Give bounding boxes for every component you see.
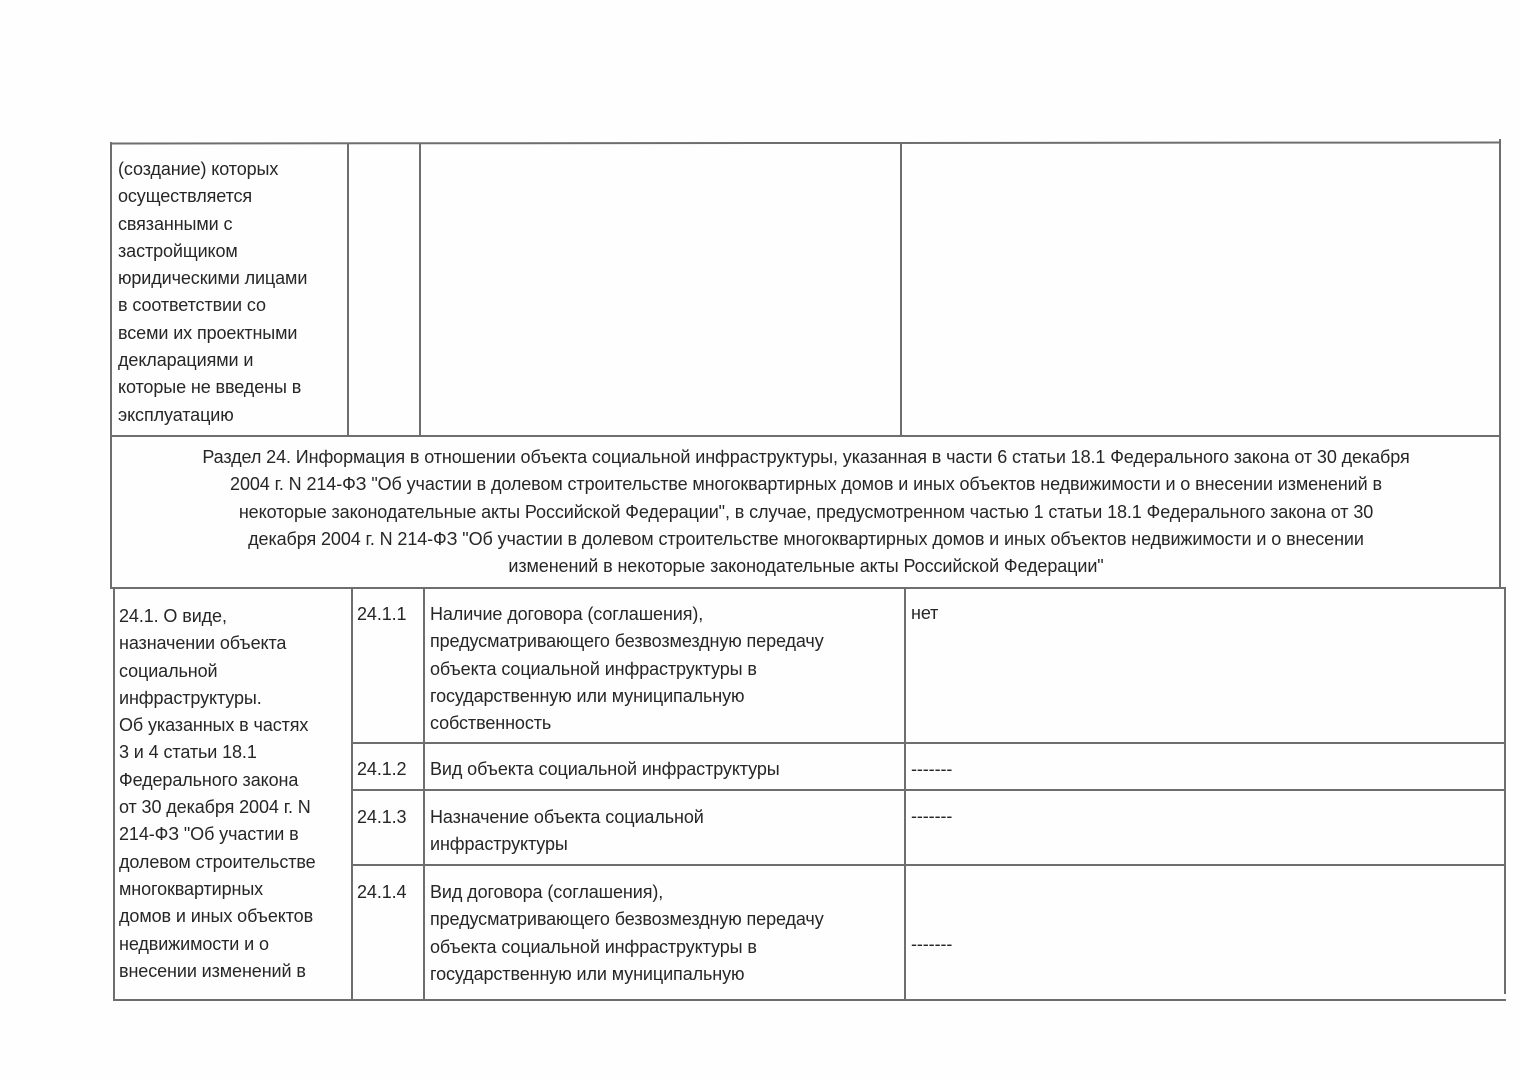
label-line: 214-ФЗ "Об участии в xyxy=(119,821,346,848)
row-divider-24-1-3 xyxy=(352,789,1505,791)
label-line: назначении объекта xyxy=(119,630,346,657)
description-line: в соответствии со xyxy=(118,292,342,319)
group-24-1-label: 24.1. О виде, назначении объекта социаль… xyxy=(114,603,352,985)
heading-line: 2004 г. N 214-ФЗ "Об участии в долевом с… xyxy=(120,471,1492,498)
description-line: эксплуатацию xyxy=(118,402,342,429)
name-line: Наличие договора (соглашения), xyxy=(430,601,899,628)
heading-line: некоторые законодательные акты Российско… xyxy=(120,499,1492,526)
label-line: недвижимости и о xyxy=(119,931,346,958)
row-24-1-3-name: Назначение объекта социальной инфраструк… xyxy=(424,804,905,859)
table-bottom-border xyxy=(113,999,1506,1001)
name-line: инфраструктуры xyxy=(430,831,899,858)
heading-line: декабря 2004 г. N 214-ФЗ "Об участии в д… xyxy=(120,526,1492,553)
name-line: предусматривающего безвозмездную передач… xyxy=(430,906,899,933)
row-divider-24-1-2 xyxy=(352,742,1505,744)
col-divider-3 xyxy=(900,143,902,436)
row-24-1-4-value: ------- xyxy=(905,931,1505,958)
name-line: предусматривающего безвозмездную передач… xyxy=(430,628,899,655)
row-24-1-4-name: Вид договора (соглашения), предусматрива… xyxy=(424,879,905,988)
row-24-1-2-number: 24.1.2 xyxy=(352,756,424,783)
description-line: декларациями и xyxy=(118,347,342,374)
label-line: долевом строительстве xyxy=(119,849,346,876)
description-line: всеми их проектными xyxy=(118,320,342,347)
name-line: объекта социальной инфраструктуры в xyxy=(430,656,899,683)
label-line: социальной xyxy=(119,658,346,685)
description-line: которые не введены в xyxy=(118,374,342,401)
row-divider-24-1-4 xyxy=(352,864,1505,866)
scanned-page: (создание) которых осуществляется связан… xyxy=(0,0,1521,1080)
row-24-1-2-name: Вид объекта социальной инфраструктуры xyxy=(424,756,905,783)
row-24-1-2-value: ------- xyxy=(905,756,1505,783)
label-line: инфраструктуры. xyxy=(119,685,346,712)
row-24-1-1-number: 24.1.1 xyxy=(352,601,424,628)
name-line: объекта социальной инфраструктуры в xyxy=(430,934,899,961)
name-line: Вид договора (соглашения), xyxy=(430,879,899,906)
continuation-description-cell: (создание) которых осуществляется связан… xyxy=(112,156,348,429)
col-divider-2 xyxy=(419,143,421,436)
section-24-heading: Раздел 24. Информация в отношении объект… xyxy=(112,444,1500,580)
description-line: связанными с xyxy=(118,211,342,238)
row-24-1-3-value: ------- xyxy=(905,803,1505,830)
heading-line: Раздел 24. Информация в отношении объект… xyxy=(120,444,1492,471)
name-line: государственную или муниципальную xyxy=(430,961,899,988)
row-divider-section-top xyxy=(110,435,1501,437)
description-line: юридическими лицами xyxy=(118,265,342,292)
label-line: Федерального закона xyxy=(119,767,346,794)
name-line: Назначение объекта социальной xyxy=(430,804,899,831)
description-line: застройщиком xyxy=(118,238,342,265)
label-line: Об указанных в частях xyxy=(119,712,346,739)
name-line: собственность xyxy=(430,710,899,737)
row-24-1-4-number: 24.1.4 xyxy=(352,879,424,906)
heading-line: изменений в некоторые законодательные ак… xyxy=(120,553,1492,580)
description-line: (создание) которых xyxy=(118,156,342,183)
label-line: 3 и 4 статьи 18.1 xyxy=(119,739,346,766)
label-line: домов и иных объектов xyxy=(119,903,346,930)
row-24-1-1-name: Наличие договора (соглашения), предусмат… xyxy=(424,601,905,737)
table-top-border xyxy=(110,142,1501,144)
row-24-1-3-number: 24.1.3 xyxy=(352,804,424,831)
label-line: от 30 декабря 2004 г. N xyxy=(119,794,346,821)
name-line: Вид объекта социальной инфраструктуры xyxy=(430,756,899,783)
label-line: многоквартирных xyxy=(119,876,346,903)
row-24-1-1-value: нет xyxy=(905,600,1505,627)
name-line: государственную или муниципальную xyxy=(430,683,899,710)
label-line: 24.1. О виде, xyxy=(119,603,346,630)
row-divider-section-bottom xyxy=(110,587,1506,589)
description-line: осуществляется xyxy=(118,183,342,210)
label-line: внесении изменений в xyxy=(119,958,346,985)
